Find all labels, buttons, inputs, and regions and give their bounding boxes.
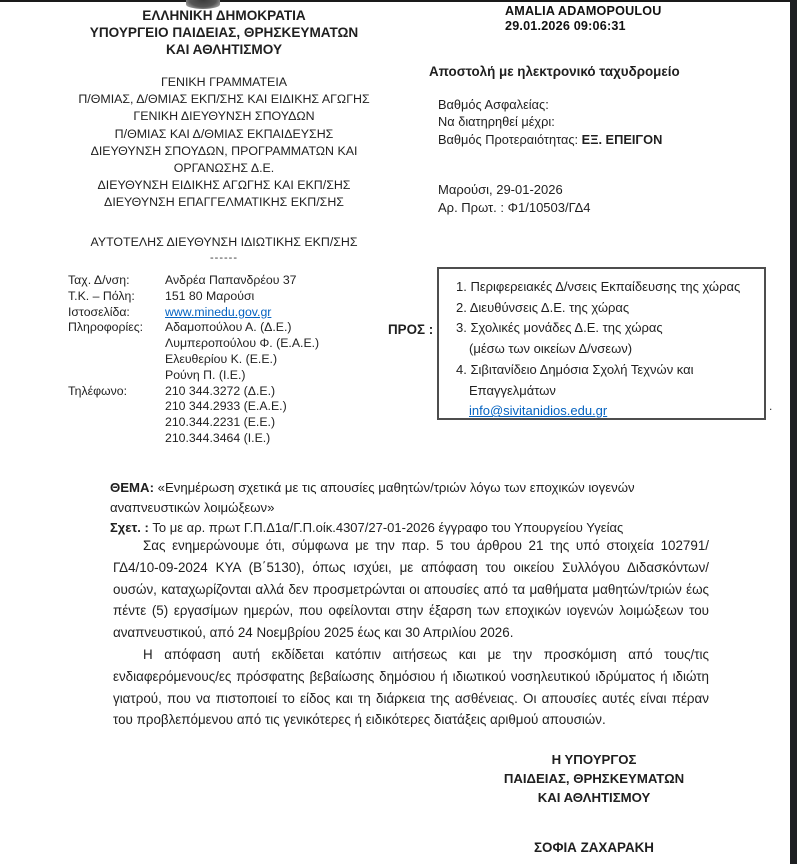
contact-row-website: Ιστοσελίδα: www.minedu.gov.gr <box>68 305 398 321</box>
org-line: ΔΙΕΥΘΥΝΣΗ ΣΠΟΥΔΩΝ, ΠΡΟΓΡΑΜΜΑΤΩΝ ΚΑΙ <box>38 143 410 160</box>
ministry-website-link[interactable]: www.minedu.gov.gr <box>165 305 271 319</box>
org-line: Π/ΘΜΙΑΣ, Δ/ΘΜΙΑΣ ΕΚΠ/ΣΗΣ ΚΑΙ ΕΙΔΙΚΗΣ ΑΓΩ… <box>38 91 410 108</box>
recipient-item: 1. Περιφερειακές Δ/νσεις Εκπαίδευσης της… <box>456 277 758 298</box>
letterhead-line: ΚΑΙ ΑΘΛΗΤΙΣΜΟΥ <box>38 41 410 58</box>
contact-label <box>68 399 165 415</box>
contact-label <box>68 352 165 368</box>
contact-value: Ελευθερίου Κ. (Ε.Ε.) <box>165 352 398 368</box>
body-paragraph-2: Η απόφαση αυτή εκδίδεται κατόπιν αιτήσεω… <box>113 644 709 731</box>
subject-label: ΘΕΜΑ: <box>110 480 158 495</box>
signature-block: Η ΥΠΟΥΡΓΟΣ ΠΑΙΔΕΙΑΣ, ΘΡΗΣΚΕΥΜΑΤΩΝ ΚΑΙ ΑΘ… <box>460 751 728 855</box>
signer-title-line: ΠΑΙΔΕΙΑΣ, ΘΡΗΣΚΕΥΜΑΤΩΝ <box>460 770 728 789</box>
contact-row-info: Λυμπεροπούλου Φ. (Ε.Α.Ε.) <box>68 336 398 352</box>
contact-value: 210.344.2231 (Ε.Ε.) <box>165 415 398 431</box>
contact-label: Ιστοσελίδα: <box>68 305 165 321</box>
security-grade-label: Βαθμός Ασφαλείας: <box>438 96 662 113</box>
recipients-box: 1. Περιφερειακές Δ/νσεις Εκπαίδευσης της… <box>437 267 766 420</box>
org-line: ΓΕΝΙΚΗ ΓΡΑΜΜΑΤΕΙΑ <box>38 74 410 91</box>
page-top-border <box>0 0 797 2</box>
page-right-edge-bar <box>790 0 797 864</box>
letterhead-line: ΥΠΟΥΡΓΕΙΟ ΠΑΙΔΕΙΑΣ, ΘΡΗΣΚΕΥΜΑΤΩΝ <box>38 24 410 41</box>
contact-label <box>68 415 165 431</box>
dispatch-meta-block: Βαθμός Ασφαλείας: Να διατηρηθεί μέχρι: Β… <box>438 96 662 148</box>
contact-row-info: Ελευθερίου Κ. (Ε.Ε.) <box>68 352 398 368</box>
dispatch-method: Αποστολή με ηλεκτρονικό ταχυδρομείο <box>429 64 680 79</box>
retain-until-label: Να διατηρηθεί μέχρι: <box>438 113 662 130</box>
recipient-email-line: info@sivitanidios.edu.gr <box>456 401 758 422</box>
document-page: AMALIA ADAMOPOULOU 29.01.2026 09:06:31 Ε… <box>0 0 797 864</box>
independent-directorate: ΑΥΤΟΤΕΛΗΣ ΔΙΕΥΘΥΝΣΗ ΙΔΙΩΤΙΚΗΣ ΕΚΠ/ΣΗΣ <box>38 235 410 249</box>
letterhead-line: ΕΛΛΗΝΙΚΗ ΔΗΜΟΚΡΑΤΙΑ <box>38 7 410 24</box>
contact-value: 210 344.2933 (Ε.Α.Ε.) <box>165 399 398 415</box>
protocol-block: Μαρούσι, 29-01-2026 Αρ. Πρωτ. : Φ1/10503… <box>438 181 590 216</box>
contact-value: Ανδρέα Παπανδρέου 37 <box>165 273 398 289</box>
recipient-item: 3. Σχολικές μονάδες Δ.Ε. της χώρας <box>456 318 758 339</box>
contact-label <box>68 368 165 384</box>
letterhead: ΕΛΛΗΝΙΚΗ ΔΗΜΟΚΡΑΤΙΑ ΥΠΟΥΡΓΕΙΟ ΠΑΙΔΕΙΑΣ, … <box>38 7 410 264</box>
recipient-item-sub: (μέσω των οικείων Δ/νσεων) <box>456 339 758 360</box>
org-hierarchy: ΓΕΝΙΚΗ ΓΡΑΜΜΑΤΕΙΑ Π/ΘΜΙΑΣ, Δ/ΘΜΙΑΣ ΕΚΠ/Σ… <box>38 74 410 212</box>
place-date: Μαρούσι, 29-01-2026 <box>438 181 590 199</box>
letter-body: Σας ενημερώνουμε ότι, σύμφωνα με την παρ… <box>113 535 709 731</box>
contact-row-postcode: Τ.Κ. – Πόλη: 151 80 Μαρούσι <box>68 289 398 305</box>
signer-title-line: Η ΥΠΟΥΡΓΟΣ <box>460 751 728 770</box>
org-line: ΟΡΓΑΝΩΣΗΣ Δ.Ε. <box>38 160 410 177</box>
sivitanidios-email-link[interactable]: info@sivitanidios.edu.gr <box>469 403 607 418</box>
subject-text: «Ενημέρωση σχετικά με τις απουσίες μαθητ… <box>110 480 635 515</box>
contact-value: Αδαμοπούλου Α. (Δ.Ε.) <box>165 320 398 336</box>
contact-row-info: Πληροφορίες: Αδαμοπούλου Α. (Δ.Ε.) <box>68 320 398 336</box>
contact-row-info: Ρούνη Π. (Ι.Ε.) <box>68 368 398 384</box>
contact-label: Τηλέφωνο: <box>68 384 165 400</box>
contact-value: 151 80 Μαρούσι <box>165 289 398 305</box>
contact-label <box>68 336 165 352</box>
signer-title-line: ΚΑΙ ΑΘΛΗΤΙΣΜΟΥ <box>460 789 728 808</box>
republic-title: ΕΛΛΗΝΙΚΗ ΔΗΜΟΚΡΑΤΙΑ ΥΠΟΥΡΓΕΙΟ ΠΑΙΔΕΙΑΣ, … <box>38 7 410 58</box>
contact-value: 210 344.3272 (Δ.Ε.) <box>165 384 398 400</box>
body-paragraph-1: Σας ενημερώνουμε ότι, σύμφωνα με την παρ… <box>113 535 709 644</box>
org-line: ΔΙΕΥΘΥΝΣΗ ΕΠΑΓΓΕΛΜΑΤΙΚΗΣ ΕΚΠ/ΣΗΣ <box>38 194 410 211</box>
minister-name: ΣΟΦΙΑ ΖΑΧΑΡΑΚΗ <box>460 840 728 855</box>
contact-label: Πληροφορίες: <box>68 320 165 336</box>
reference-text: Το με αρ. πρωτ Γ.Π.Δ1α/Γ.Π.οίκ.4307/27-0… <box>152 520 623 535</box>
priority-value: ΕΞ. ΕΠΕΙΓΟΝ <box>582 132 663 147</box>
org-line: ΓΕΝΙΚΗ ΔΙΕΥΘΥΝΣΗ ΣΠΟΥΔΩΝ <box>38 108 410 125</box>
contact-label <box>68 431 165 447</box>
org-line: ΔΙΕΥΘΥΝΣΗ ΕΙΔΙΚΗΣ ΑΓΩΓΗΣ ΚΑΙ ΕΚΠ/ΣΗΣ <box>38 177 410 194</box>
stray-dot: . <box>769 399 772 413</box>
protocol-number: Αρ. Πρωτ. : Φ1/10503/ΓΔ4 <box>438 199 590 217</box>
contact-value: 210.344.3464 (Ι.Ε.) <box>165 431 398 447</box>
contact-value: Ρούνη Π. (Ι.Ε.) <box>165 368 398 384</box>
contact-row-phone: 210 344.2933 (Ε.Α.Ε.) <box>68 399 398 415</box>
recipient-item-sub: Επαγγελμάτων <box>456 381 758 402</box>
contact-row-phone: 210.344.2231 (Ε.Ε.) <box>68 415 398 431</box>
subject-line: ΘΕΜΑ: «Ενημέρωση σχετικά με τις απουσίες… <box>110 478 698 518</box>
contact-label: Ταχ. Δ/νση: <box>68 273 165 289</box>
contact-value: Λυμπεροπούλου Φ. (Ε.Α.Ε.) <box>165 336 398 352</box>
reference-label: Σχετ. : <box>110 520 152 535</box>
signer-title: Η ΥΠΟΥΡΓΟΣ ΠΑΙΔΕΙΑΣ, ΘΡΗΣΚΕΥΜΑΤΩΝ ΚΑΙ ΑΘ… <box>460 751 728 807</box>
priority-label: Βαθμός Προτεραιότητας: <box>438 132 582 147</box>
contact-row-phone: 210.344.3464 (Ι.Ε.) <box>68 431 398 447</box>
contact-row-phone: Τηλέφωνο: 210 344.3272 (Δ.Ε.) <box>68 384 398 400</box>
recipient-item: 4. Σιβιτανίδειο Δημόσια Σχολή Τεχνών και <box>456 360 758 381</box>
org-line: Π/ΘΜΙΑΣ ΚΑΙ Δ/ΘΜΙΑΣ ΕΚΠΑΙΔΕΥΣΗΣ <box>38 126 410 143</box>
recipient-item: 2. Διευθύνσεις Δ.Ε. της χώρας <box>456 298 758 319</box>
priority-line: Βαθμός Προτεραιότητας: ΕΞ. ΕΠΕΙΓΟΝ <box>438 131 662 148</box>
digital-signature-stamp: AMALIA ADAMOPOULOU 29.01.2026 09:06:31 <box>505 4 662 33</box>
signer-name: AMALIA ADAMOPOULOU <box>505 4 662 19</box>
contact-label: Τ.Κ. – Πόλη: <box>68 289 165 305</box>
divider-dashes: ------ <box>38 252 410 264</box>
contact-info-block: Ταχ. Δ/νση: Ανδρέα Παπανδρέου 37 Τ.Κ. – … <box>68 273 398 447</box>
recipients-label: ΠΡΟΣ : <box>388 322 433 337</box>
subject-block: ΘΕΜΑ: «Ενημέρωση σχετικά με τις απουσίες… <box>110 478 698 537</box>
contact-row-address: Ταχ. Δ/νση: Ανδρέα Παπανδρέου 37 <box>68 273 398 289</box>
signature-datetime: 29.01.2026 09:06:31 <box>505 19 662 34</box>
